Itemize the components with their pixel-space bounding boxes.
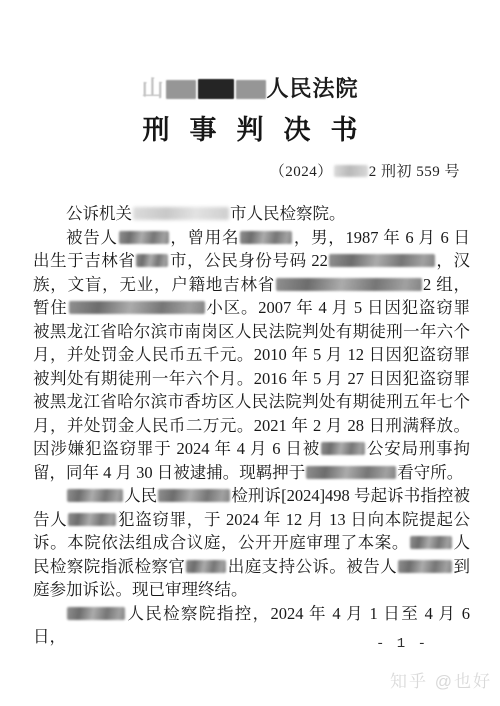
watermark: 知乎 @也好: [390, 667, 492, 692]
document-body: 公诉机关市人民检察院。被告人，曾用名，男，1987 年 6 月 6 日出生于吉林…: [33, 202, 470, 649]
redaction-smudge: [119, 231, 169, 244]
redaction-faintsmudge: [334, 165, 368, 177]
case-number: （2024）2 刑初 559 号: [0, 160, 460, 181]
redaction-smudge: [69, 301, 205, 314]
text-segment: 被告人: [66, 228, 118, 247]
redaction-smudge: [67, 489, 123, 502]
faint-character: 山: [141, 76, 164, 101]
text-segment: ，曾用名: [170, 228, 240, 247]
redaction-gray: [166, 80, 196, 99]
document-page: 山人民法院 刑事判决书 （2024）2 刑初 559 号 公诉机关市人民检察院。…: [0, 0, 500, 706]
redaction-smudge: [410, 536, 452, 549]
document-title: 刑事判决书: [0, 108, 500, 147]
redaction-smudge: [240, 231, 292, 244]
text-segment: 市人民检察院。: [230, 204, 346, 223]
case-id: 2 刑初 559 号: [369, 164, 460, 180]
redaction-smudge: [321, 442, 365, 455]
redaction-smudge: [306, 466, 396, 479]
paragraph: 被告人，曾用名，男，1987 年 6 月 6 日出生于吉林省市，公民身份号码 2…: [33, 226, 470, 485]
court-name-text: 人民法院: [267, 76, 359, 101]
paragraph: 公诉机关市人民检察院。: [33, 202, 470, 226]
text-segment: 公诉机关: [66, 204, 132, 223]
page-number: - 1 -: [376, 636, 428, 652]
redaction-smudge: [68, 513, 116, 526]
redaction-smudge: [136, 254, 168, 267]
text-segment: 人民: [124, 486, 157, 505]
text-segment: 小区。2007 年 4 月 5 日因犯盗窃罪被黑龙江省哈尔滨市南岗区人民法院判处…: [33, 298, 470, 458]
redaction-smudge: [186, 560, 226, 573]
case-year: （2024）: [270, 164, 333, 180]
redaction-smudge: [67, 607, 125, 620]
court-name-header: 山人民法院: [0, 72, 500, 99]
text-segment: 市，公民身份号码 22: [169, 251, 327, 270]
redaction-smudge: [276, 278, 422, 291]
redaction-gray: [236, 80, 266, 99]
redaction-smudge: [398, 560, 452, 573]
redaction-dark: [198, 79, 234, 99]
text-segment: 看守所。: [397, 463, 463, 482]
redaction-smudge: [158, 489, 230, 502]
text-segment: 出庭支持公诉。被告人: [227, 557, 397, 576]
redaction-smudge: [329, 254, 435, 267]
paragraph: 人民检刑诉[2024]498 号起诉书指控被告人犯盗窃罪，于 2024 年 12…: [33, 484, 470, 602]
redaction-light: [133, 207, 229, 220]
